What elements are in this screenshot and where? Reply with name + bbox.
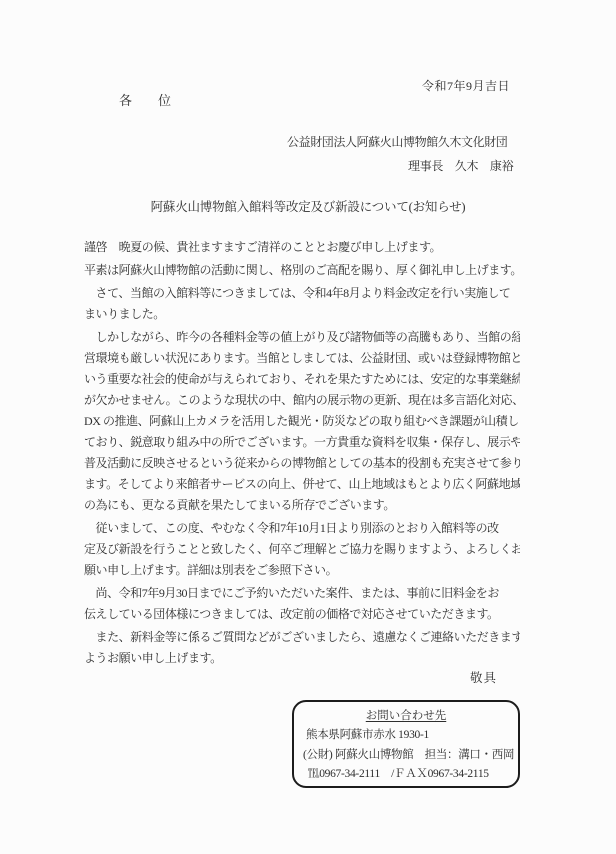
sender-name: 理事長 久木 康裕: [408, 157, 513, 174]
contact-heading: お問い合わせ先: [294, 707, 518, 726]
paragraph-greeting: 謹啓 晩夏の候、貴社ますますご清祥のこととお慶び申し上げます。: [84, 237, 520, 258]
body-line: DX の推進、阿蘇山上カメラを活用した観光・防災などの取り組むべき課題が山積し: [84, 411, 520, 432]
body-line: が欠かせません。このような現状の中、館内の展示物の更新、現在は多言語化対応、: [84, 390, 520, 411]
addressee: 各 位: [119, 90, 171, 109]
body-line: 伝えしている団体様につきましては、改定前の価格で対応させていただきます。: [84, 604, 520, 625]
body-line: 願い申し上げます。詳細は別表をご参照下さい。: [84, 560, 520, 581]
paragraph-thanks: 平素は阿蘇火山博物館の活動に関し、格別のご高配を賜り、厚く御礼申し上げます。: [84, 260, 520, 281]
body-line: の為にも、更なる貢献を果たしてまいる所存でございます。: [84, 495, 520, 516]
body-line: 普及活動に反映させるという従来からの博物館としての基本的役割も充実させて参り: [84, 453, 520, 474]
paragraph-circumstances: しかしながら、昨今の各種料金等の値上がり及び諸物価等の高騰もあり、当館の経 営環…: [84, 327, 520, 516]
body-line: 従いまして、この度、やむなく令和7年10月1日より別添のとおり入館料等の改: [84, 518, 520, 539]
paragraph-revision-notice: 従いまして、この度、やむなく令和7年10月1日より別添のとおり入館料等の改 定及…: [84, 518, 520, 581]
body-line: 平素は阿蘇火山博物館の活動に関し、格別のご高配を賜り、厚く御礼申し上げます。: [84, 260, 520, 281]
paragraph-questions: また、新料金等に係るご質問などがございましたら、遠慮なくご連絡いただきます よう…: [84, 627, 520, 669]
body-line: 尚、令和7年9月30日までにご予約いただいた案件、または、事前に旧料金をお: [84, 583, 520, 604]
document-date: 令和7年9月吉日: [422, 77, 510, 94]
sender-organization: 公益財団法人阿蘇火山博物館久木文化財団: [287, 133, 507, 150]
paragraph-prior-revision: さて、当館の入館料等につきましては、令和4年8月より料金改定を行い実施して まい…: [84, 283, 520, 325]
body-line: いう重要な社会的使命が与えられており、それを果たすためには、安定的な事業継続: [84, 369, 520, 390]
contact-address: 熊本県阿蘇市赤水 1930-1: [306, 726, 518, 746]
letter-body: 謹啓 晩夏の候、貴社ますますご清祥のこととお慶び申し上げます。 平素は阿蘇火山博…: [84, 237, 520, 673]
contact-box: お問い合わせ先 熊本県阿蘇市赤水 1930-1 (公財) 阿蘇火山博物館 担当：…: [292, 700, 520, 788]
body-line: さて、当館の入館料等につきましては、令和4年8月より料金改定を行い実施して: [84, 283, 520, 304]
body-line: まいりました。: [84, 304, 520, 325]
body-line: ます。そしてより来館者サービスの向上、併せて、山上地域はもとより広く阿蘇地域: [84, 474, 520, 495]
body-line: 謹啓 晩夏の候、貴社ますますご清祥のこととお慶び申し上げます。: [84, 237, 520, 258]
body-line: 営環境も厳しい状況にあります。当館としましては、公益財団、或いは登録博物館と: [84, 348, 520, 369]
letter-page: 令和7年9月吉日 各 位 公益財団法人阿蘇火山博物館久木文化財団 理事長 久木 …: [0, 0, 616, 854]
contact-organization: (公財) 阿蘇火山博物館 担当：溝口・西岡: [303, 746, 518, 766]
closing-keigu: 敬具: [470, 668, 497, 686]
body-line: また、新料金等に係るご質問などがございましたら、遠慮なくご連絡いただきます: [84, 627, 520, 648]
body-line: ており、鋭意取り組み中の所でございます。一方貴重な資料を収集・保存し、展示や: [84, 432, 520, 453]
paragraph-existing-reservations: 尚、令和7年9月30日までにご予約いただいた案件、または、事前に旧料金をお 伝え…: [84, 583, 520, 625]
document-title: 阿蘇火山博物館入館料等改定及び新設について(お知らせ): [0, 197, 616, 215]
body-line: しかしながら、昨今の各種料金等の値上がり及び諸物価等の高騰もあり、当館の経: [84, 327, 520, 348]
contact-tel-fax: ℡0967-34-2111 /ＦＡＸ0967-34-2115: [308, 765, 518, 785]
body-line: ようお願い申し上げます。: [84, 648, 520, 669]
body-line: 定及び新設を行うことと致したく、何卒ご理解とご協力を賜りますよう、よろしくお: [84, 539, 520, 560]
